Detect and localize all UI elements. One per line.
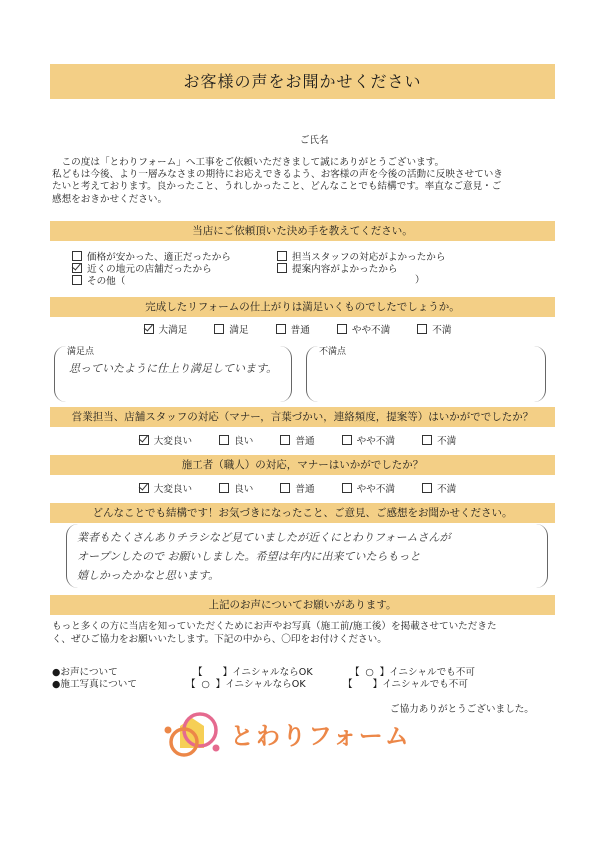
option-label: 不満 [432, 325, 451, 336]
option-label: 提案内容がよかったから [292, 264, 398, 275]
checkbox-icon[interactable] [342, 435, 352, 445]
satisfied-label: 満足点 [67, 344, 94, 357]
checkbox-checked-icon[interactable] [139, 435, 149, 445]
q4-heading: 施工者（職人）の対応，マナーはいかがでしたか？ [50, 455, 555, 475]
q3-option-unsatisfied[interactable]: 不満 [422, 433, 456, 447]
checkbox-icon[interactable] [219, 483, 229, 493]
q1-heading: 当店にご依頼頂いた決め手を教えてください。 [50, 221, 555, 241]
checkbox-icon[interactable] [422, 435, 432, 445]
option-label: 普通 [295, 436, 314, 447]
photo-initial-ok[interactable]: 【○】イニシャルならOK [186, 676, 306, 690]
checkbox-icon[interactable] [277, 263, 287, 273]
satisfied-box[interactable]: 満足点 思っていたように仕上り満足しています。 [54, 346, 292, 402]
q2-option-normal[interactable]: 普通 [276, 322, 310, 336]
comment-line: 業者もたくさんありチラシなど見ていましたが近くにとわりフォームさんが [77, 528, 450, 547]
q2-option-satisfied[interactable]: 満足 [214, 322, 248, 336]
checkbox-icon[interactable] [422, 483, 432, 493]
logo-text: とわりフォーム [230, 716, 411, 751]
option-label: 大変良い [154, 484, 192, 495]
logo-mark-icon [160, 708, 230, 760]
q2-option-unsatisfied[interactable]: 不満 [417, 322, 451, 336]
q3-heading: 営業担当、店舗スタッフの対応（マナー，言葉づかい，連絡頻度，提案等）はいかがでで… [50, 407, 555, 427]
comment-box[interactable]: 業者もたくさんありチラシなど見ていましたが近くにとわりフォームさんが オープンし… [66, 524, 548, 588]
option-label: 普通 [295, 484, 314, 495]
intro-text: この度は「とわりフォーム」へ工事をご依頼いただきまして誠にありがとうございます。… [52, 157, 557, 206]
q4-rating: 大変良い 良い 普通 やや不満 不満 [0, 481, 595, 495]
q3-option-very-good[interactable]: 大変良い [139, 433, 192, 447]
q2-heading: 完成したリフォームの仕上がりは満足いくものでしたでしょうか。 [50, 297, 555, 317]
comment-line: 嬉しかったかなと思います。 [77, 566, 450, 585]
q1-option-price[interactable]: 価格が安かった、適正だったから [72, 251, 231, 264]
q3-option-slightly-unsatisfied[interactable]: やや不満 [342, 433, 395, 447]
q1-option-staff[interactable]: 担当スタッフの対応がよかったから [277, 251, 446, 264]
q4-option-slightly-unsatisfied[interactable]: やや不満 [342, 481, 395, 495]
consent-row-photo: ●施工写真について [52, 676, 137, 690]
q4-option-very-good[interactable]: 大変良い [139, 481, 192, 495]
q1-option-local[interactable]: 近くの地元の店舗だったから [72, 263, 212, 276]
checkbox-icon[interactable] [276, 324, 286, 334]
q3-option-normal[interactable]: 普通 [280, 433, 314, 447]
checkbox-checked-icon[interactable] [72, 263, 82, 273]
checkbox-checked-icon[interactable] [144, 324, 154, 334]
checkbox-icon[interactable] [277, 251, 287, 261]
option-label: 大満足 [159, 325, 188, 336]
option-label: やや不満 [357, 484, 395, 495]
form-title: お客様の声をお聞かせください [50, 64, 555, 99]
q1-other-close: ） [415, 275, 425, 287]
checkbox-icon[interactable] [342, 483, 352, 493]
name-label: ご氏名 [300, 132, 329, 146]
q2-option-very-satisfied[interactable]: 大満足 [144, 322, 188, 336]
consent-text: もっと多くの方に当店を知っていただくためにお声やお写真（施工前/施工後）を掲載さ… [52, 621, 497, 646]
option-label: やや不満 [357, 436, 395, 447]
photo-initial-ng[interactable]: 【】イニシャルでも不可 [343, 676, 468, 690]
option-label: その他（ [87, 276, 125, 287]
option-label: 近くの地元の店舗だったから [87, 264, 212, 275]
checkbox-icon[interactable] [214, 324, 224, 334]
checkbox-icon[interactable] [280, 483, 290, 493]
unsatisfied-box[interactable]: 不満点 [306, 346, 546, 402]
option-label: 不満 [437, 436, 456, 447]
checkbox-icon[interactable] [337, 324, 347, 334]
comment-line: オープンしたので お願いしました。希望は年内に出来ていたらもっと [77, 547, 450, 566]
option-label: 担当スタッフの対応がよかったから [292, 252, 446, 263]
option-label: 良い [234, 484, 253, 495]
checkbox-icon[interactable] [280, 435, 290, 445]
intro-line: この度は「とわりフォーム」へ工事をご依頼いただきまして誠にありがとうございます。 [52, 157, 557, 169]
checkbox-icon[interactable] [219, 435, 229, 445]
q5-heading: どんなことでも結構です！お気づきになったこと、ご意見、ご感想をお聞かせください。 [50, 503, 555, 523]
intro-line: 私どもは今後、より一層みなさまの期待にお応えできるよう、お客様の声を今後の活動に… [52, 169, 557, 181]
intro-line: 感想をおきかせください。 [52, 194, 557, 206]
option-label: 満足 [229, 325, 248, 336]
row-label: ●施工写真について [52, 679, 137, 690]
mark[interactable]: ○ [196, 679, 216, 690]
option-label: イニシャルならOK [225, 679, 305, 690]
consent-heading: 上記のお声についてお願いがあります。 [50, 595, 555, 615]
option-label: やや不満 [352, 325, 390, 336]
consent-line: く、ぜひご協力をお願いいたします。下記の中から、〇印をお付けください。 [52, 634, 497, 647]
checkbox-icon[interactable] [417, 324, 427, 334]
checkbox-icon[interactable] [72, 275, 82, 285]
intro-line: たいと考えております。良かったこと、うれしかったこと、どんなことでも結構です。率… [52, 181, 557, 193]
comment-text: 業者もたくさんありチラシなど見ていましたが近くにとわりフォームさんが オープンし… [77, 528, 450, 585]
unsatisfied-label: 不満点 [319, 344, 346, 357]
q3-rating: 大変良い 良い 普通 やや不満 不満 [0, 433, 595, 447]
option-label: 良い [234, 436, 253, 447]
option-label: 大変良い [154, 436, 192, 447]
q2-rating: 大満足 満足 普通 やや不満 不満 [0, 322, 595, 336]
q4-option-good[interactable]: 良い [219, 481, 253, 495]
option-label: 不満 [437, 484, 456, 495]
option-label: 価格が安かった、適正だったから [87, 252, 231, 263]
option-label: イニシャルでも不可 [382, 679, 468, 690]
q1-option-other[interactable]: その他（ [72, 275, 125, 288]
q2-option-slightly-unsatisfied[interactable]: やや不満 [337, 322, 390, 336]
company-logo: とわりフォーム [160, 708, 420, 760]
satisfied-text: 思っていたように仕上り満足しています。 [69, 360, 277, 376]
q3-option-good[interactable]: 良い [219, 433, 253, 447]
q4-option-normal[interactable]: 普通 [280, 481, 314, 495]
consent-line: もっと多くの方に当店を知っていただくためにお声やお写真（施工前/施工後）を掲載さ… [52, 621, 497, 634]
option-label: 普通 [291, 325, 310, 336]
q4-option-unsatisfied[interactable]: 不満 [422, 481, 456, 495]
checkbox-checked-icon[interactable] [139, 483, 149, 493]
q1-option-proposal[interactable]: 提案内容がよかったから [277, 263, 398, 276]
